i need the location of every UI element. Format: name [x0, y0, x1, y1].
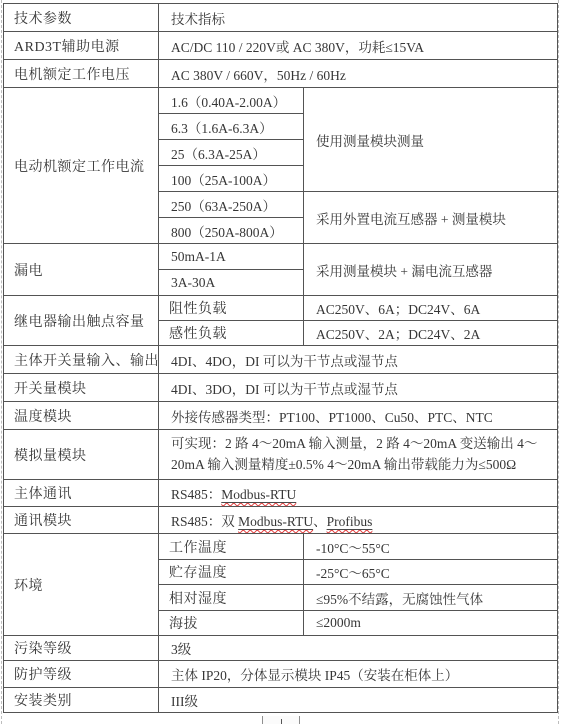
- table-row-motor-current: 电动机额定工作电流 1.6（0.40A-2.00A） 使用测量模块测量: [4, 88, 558, 114]
- comm-separator: 、: [313, 514, 327, 529]
- spec-table: 技术参数 技术指标 ARD3T辅助电源 AC/DC 110 / 220V或 AC…: [3, 3, 558, 713]
- param-value: 外接传感器类型：PT100、PT1000、Cu50、PTC、NTC: [159, 402, 558, 430]
- table-row-leakage: 漏电 50mA-1A 采用测量模块 + 漏电流互感器: [4, 244, 558, 270]
- table-header-row: 技术参数 技术指标: [4, 4, 558, 32]
- param-value: 4DI、3DO，DI 可以为干节点或湿节点: [159, 374, 558, 402]
- current-range: 100（25A-100A）: [159, 166, 304, 192]
- param-label: 环境: [4, 534, 159, 636]
- load-rating: AC250V、2A；DC24V、2A: [304, 321, 558, 346]
- param-label: 继电器输出触点容量: [4, 296, 159, 346]
- header-spec: 技术指标: [159, 4, 558, 32]
- leakage-range: 3A-30A: [159, 270, 304, 296]
- page-boundary-left: [1, 0, 2, 724]
- comm-prefix: RS485：: [171, 487, 221, 502]
- param-label: 安装类别: [4, 688, 159, 713]
- next-table-fragment: [262, 716, 300, 724]
- param-value: RS485：Modbus-RTU: [159, 480, 558, 507]
- param-value: 主体 IP20，分体显示模块 IP45（安装在柜体上）: [159, 661, 558, 688]
- table-row-comm-module: 通讯模块 RS485：双 Modbus-RTU、Profibus: [4, 507, 558, 534]
- env-value: -10°C～55°C: [304, 534, 558, 560]
- header-param: 技术参数: [4, 4, 159, 32]
- param-label: 电动机额定工作电流: [4, 88, 159, 244]
- table-row-protection: 防护等级 主体 IP20，分体显示模块 IP45（安装在柜体上）: [4, 661, 558, 688]
- table-row-analog-module: 模拟量模块 可实现：2 路 4～20mA 输入测量，2 路 4～20mA 变送输…: [4, 430, 558, 480]
- table-row-main-comm: 主体通讯 RS485：Modbus-RTU: [4, 480, 558, 507]
- param-value: AC/DC 110 / 220V或 AC 380V，功耗≤15VA: [159, 32, 558, 60]
- env-value: -25°C～65°C: [304, 560, 558, 585]
- param-label: 开关量模块: [4, 374, 159, 402]
- param-value: 3级: [159, 636, 558, 661]
- current-range: 250（63A-250A）: [159, 192, 304, 218]
- param-label: 防护等级: [4, 661, 159, 688]
- leakage-range: 50mA-1A: [159, 244, 304, 270]
- protocol-text: Modbus-RTU: [221, 487, 296, 502]
- ct-note: 采用外置电流互感器 + 测量模块: [304, 192, 558, 244]
- protocol-text: Modbus-RTU: [238, 514, 313, 529]
- param-value: III级: [159, 688, 558, 713]
- param-label: 温度模块: [4, 402, 159, 430]
- measure-note: 使用测量模块测量: [304, 88, 558, 192]
- page-boundary-right: [558, 0, 559, 724]
- param-label: 电机额定工作电压: [4, 60, 159, 88]
- document-page: { "colors": { "table_border": "#545454",…: [0, 0, 562, 724]
- table-row-pollution: 污染等级 3级: [4, 636, 558, 661]
- spellcheck-underline: Profibus: [327, 514, 373, 529]
- table-row-aux-power: ARD3T辅助电源 AC/DC 110 / 220V或 AC 380V，功耗≤1…: [4, 32, 558, 60]
- param-label: 通讯模块: [4, 507, 159, 534]
- env-name: 贮存温度: [159, 560, 304, 585]
- current-range: 6.3（1.6A-6.3A）: [159, 114, 304, 140]
- env-name: 相对湿度: [159, 585, 304, 611]
- param-label: 漏电: [4, 244, 159, 296]
- param-value: 4DI、4DO，DI 可以为干节点或湿节点: [159, 346, 558, 374]
- table-row-environment: 环境 工作温度 -10°C～55°C: [4, 534, 558, 560]
- param-label: 主体开关量输入、输出: [4, 346, 159, 374]
- spellcheck-underline: Modbus-RTU: [221, 487, 296, 502]
- protocol-text: Profibus: [327, 514, 373, 529]
- current-range: 25（6.3A-25A）: [159, 140, 304, 166]
- env-name: 海拔: [159, 611, 304, 636]
- env-value: ≤95%不结露，无腐蚀性气体: [304, 585, 558, 611]
- param-label: 污染等级: [4, 636, 159, 661]
- load-rating: AC250V、6A；DC24V、6A: [304, 296, 558, 321]
- param-value: 可实现：2 路 4～20mA 输入测量，2 路 4～20mA 变送输出 4～20…: [159, 430, 558, 480]
- load-type: 阻性负载: [159, 296, 304, 321]
- param-value: RS485：双 Modbus-RTU、Profibus: [159, 507, 558, 534]
- current-range: 800（250A-800A）: [159, 218, 304, 244]
- table-row-temp-module: 温度模块 外接传感器类型：PT100、PT1000、Cu50、PTC、NTC: [4, 402, 558, 430]
- load-type: 感性负载: [159, 321, 304, 346]
- param-label: 主体通讯: [4, 480, 159, 507]
- env-name: 工作温度: [159, 534, 304, 560]
- param-label: ARD3T辅助电源: [4, 32, 159, 60]
- cursor-tick: [281, 719, 282, 724]
- table-row-installation: 安装类别 III级: [4, 688, 558, 713]
- current-range: 1.6（0.40A-2.00A）: [159, 88, 304, 114]
- table-row-relay: 继电器输出触点容量 阻性负载 AC250V、6A；DC24V、6A: [4, 296, 558, 321]
- comm-prefix: RS485：双: [171, 514, 238, 529]
- env-value: ≤2000m: [304, 611, 558, 636]
- leakage-note: 采用测量模块 + 漏电流互感器: [304, 244, 558, 296]
- spellcheck-underline: Modbus-RTU: [238, 514, 313, 529]
- table-row-io-module: 开关量模块 4DI、3DO，DI 可以为干节点或湿节点: [4, 374, 558, 402]
- param-value: AC 380V / 660V，50Hz / 60Hz: [159, 60, 558, 88]
- param-label: 模拟量模块: [4, 430, 159, 480]
- table-row-motor-voltage: 电机额定工作电压 AC 380V / 660V，50Hz / 60Hz: [4, 60, 558, 88]
- table-row-main-io: 主体开关量输入、输出 4DI、4DO，DI 可以为干节点或湿节点: [4, 346, 558, 374]
